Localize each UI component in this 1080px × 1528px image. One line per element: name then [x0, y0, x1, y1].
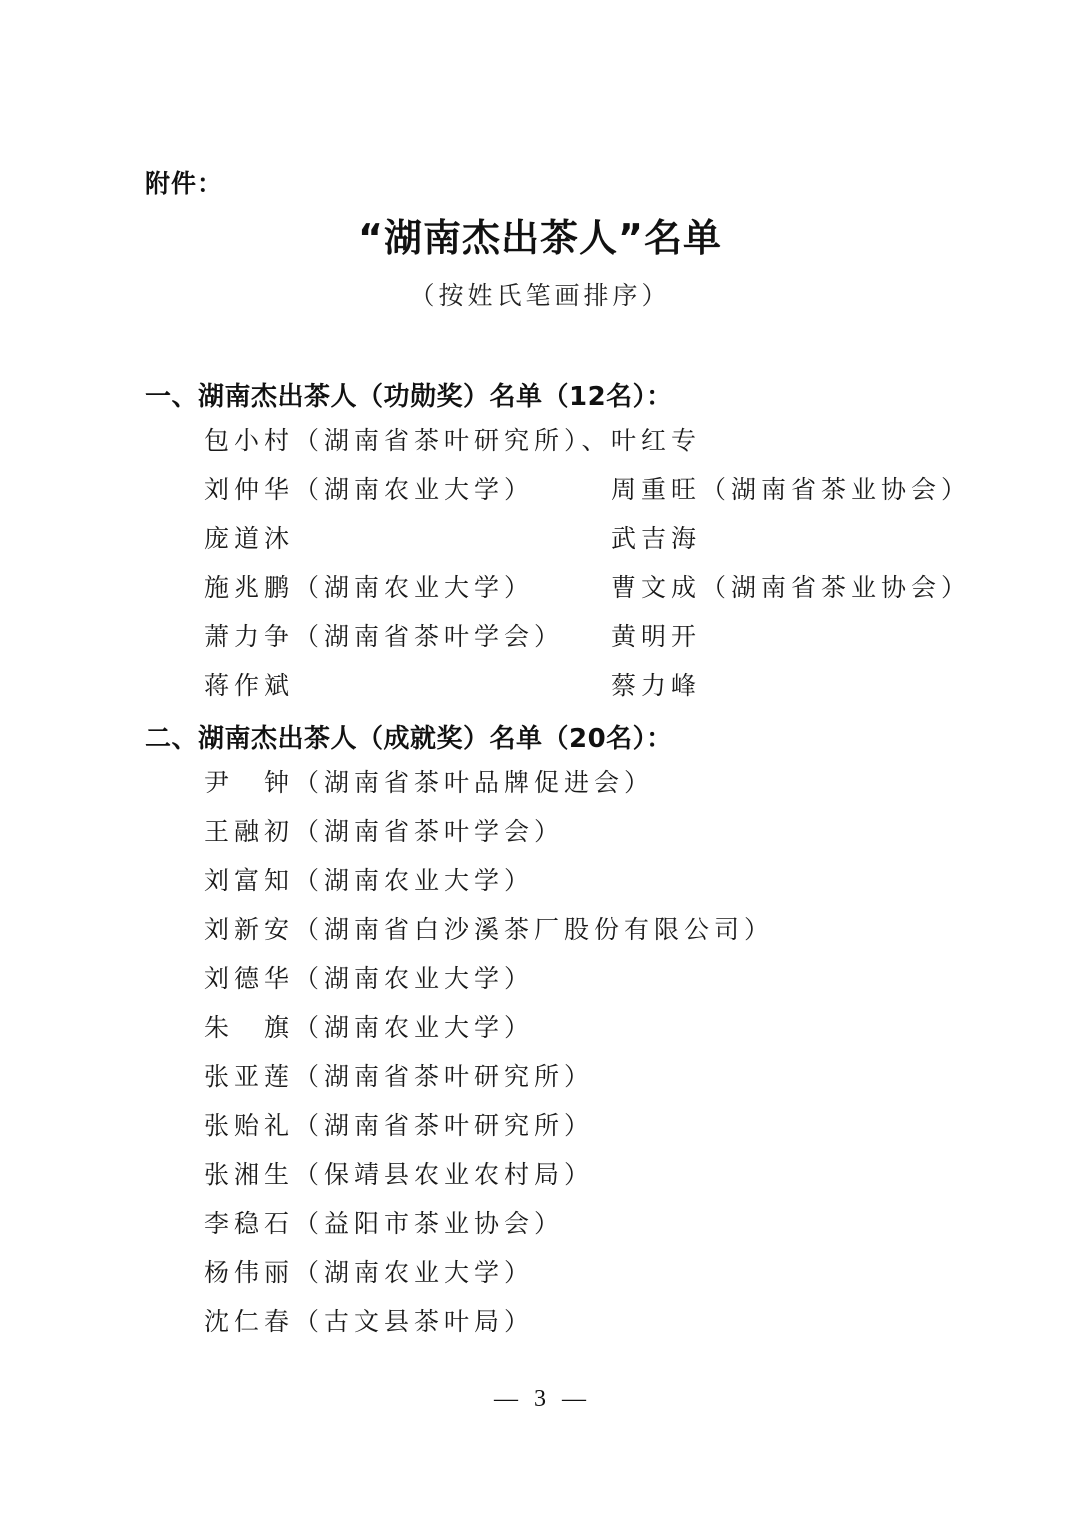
list-item: 蒋作斌 — [204, 666, 294, 706]
list-item: 萧力争（湖南省茶叶学会） — [204, 617, 564, 657]
list-item: 包小村（湖南省茶叶研究所）、 — [204, 421, 612, 461]
list-item: 武吉海 — [611, 519, 701, 559]
list-item: 曹文成（湖南省茶业协会） — [611, 568, 971, 608]
list-item: 叶红专 — [611, 421, 701, 461]
list-item: 朱 旗（湖南农业大学） — [204, 1008, 534, 1048]
list-item: 周重旺（湖南省茶业协会） — [611, 470, 971, 510]
list-item: 张亚莲（湖南省茶叶研究所） — [204, 1057, 594, 1097]
list-item: 庞道沐 — [204, 519, 294, 559]
list-item: 刘富知（湖南农业大学） — [204, 861, 534, 901]
list-item: 刘仲华（湖南农业大学） — [204, 470, 534, 510]
list-item: 沈仁春（古文县茶叶局） — [204, 1302, 534, 1342]
list-item: 施兆鹏（湖南农业大学） — [204, 568, 534, 608]
document-title: “湖南杰出茶人”名单 — [0, 212, 1080, 264]
list-item: 张贻礼（湖南省茶叶研究所） — [204, 1106, 594, 1146]
attachment-label: 附件： — [145, 166, 223, 202]
list-item: 黄明开 — [611, 617, 701, 657]
list-item: 蔡力峰 — [611, 666, 701, 706]
list-item: 杨伟丽（湖南农业大学） — [204, 1253, 534, 1293]
list-item: 尹 钟（湖南省茶叶品牌促进会） — [204, 763, 654, 803]
list-item: 刘新安（湖南省白沙溪茶厂股份有限公司） — [204, 910, 774, 950]
list-item: 李稳石（益阳市茶业协会） — [204, 1204, 564, 1244]
section-heading-achievement-award: 二、湖南杰出茶人（成就奖）名单（20名）： — [145, 719, 673, 759]
document-subtitle: （按姓氏笔画排序） — [0, 276, 1080, 316]
section-heading-merit-award: 一、湖南杰出茶人（功勋奖）名单（12名）： — [145, 377, 673, 417]
page-number: — 3 — — [0, 1382, 1080, 1416]
list-item: 张湘生（保靖县农业农村局） — [204, 1155, 594, 1195]
list-item: 刘德华（湖南农业大学） — [204, 959, 534, 999]
list-item: 王融初（湖南省茶叶学会） — [204, 812, 564, 852]
